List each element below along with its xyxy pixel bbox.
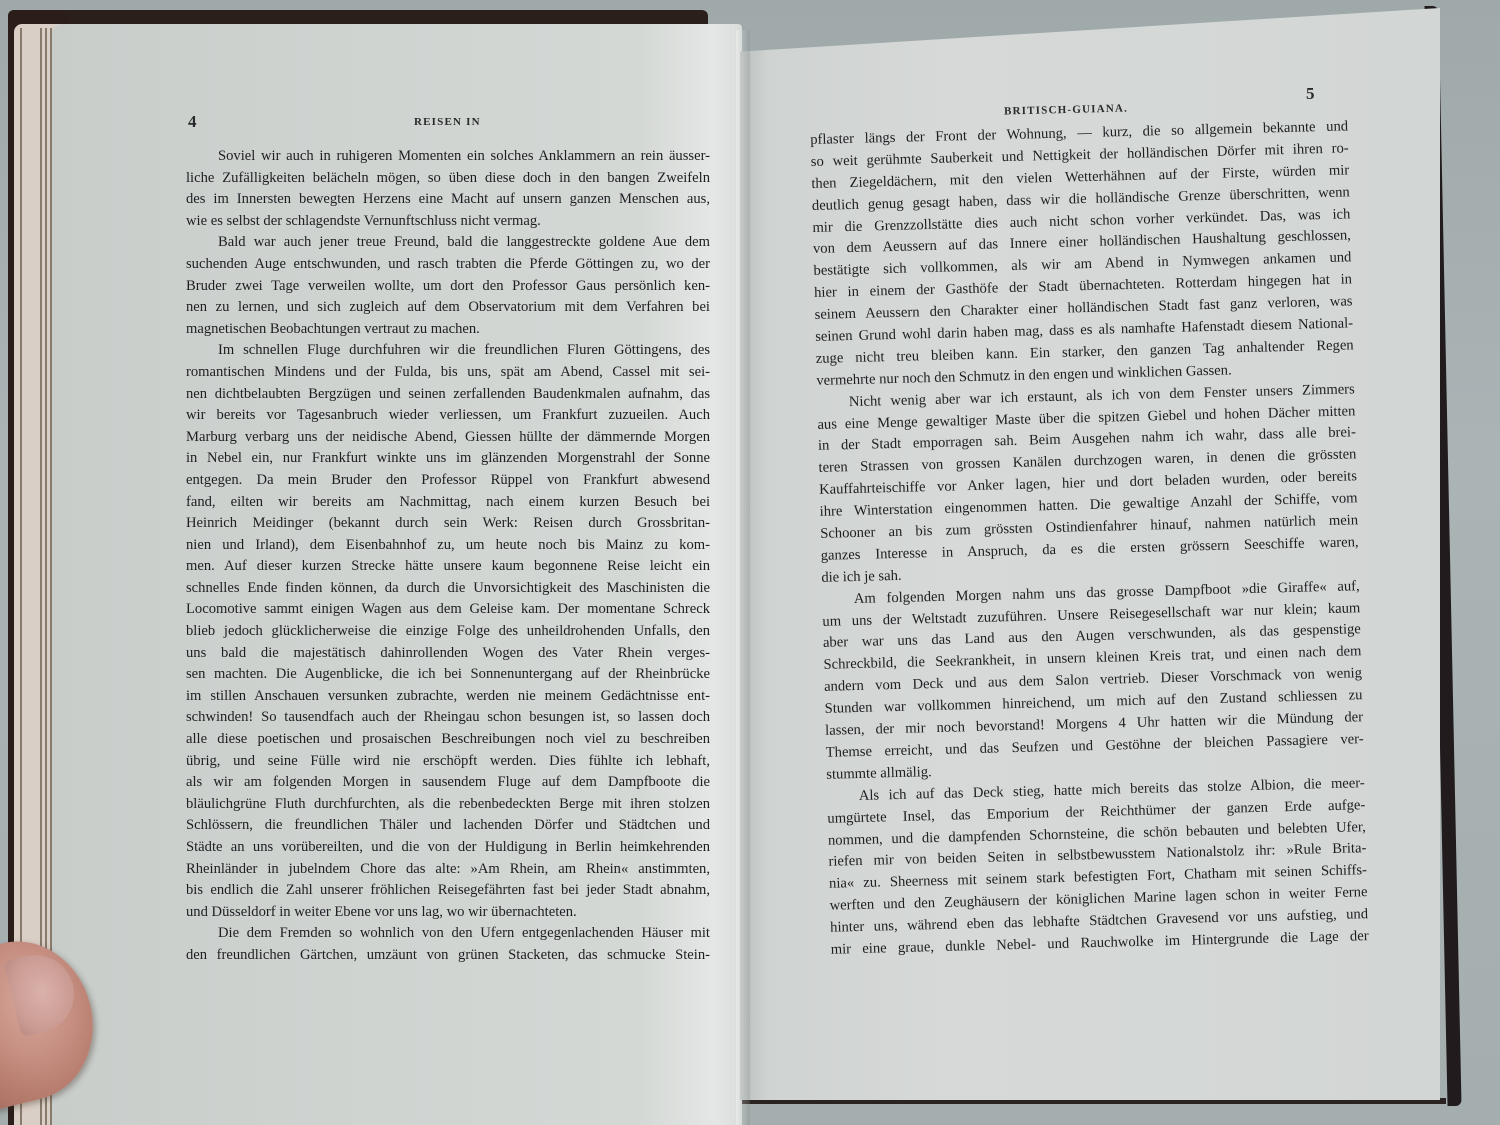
text-line: nien und Irland), dem Eisenbahnhof zu, u… — [186, 535, 710, 557]
text-line: Im schnellen Fluge durchfuhren wir die f… — [186, 340, 710, 362]
text-line: bläulichgrüne Fluth durchfurchten, als d… — [186, 794, 710, 816]
text-line: im stillen Anschauen versunken zubrachte… — [186, 686, 710, 708]
text-line: liche Zufälligkeiten belächeln mögen, so… — [186, 168, 710, 190]
text-line: wir bereits vor Tagesanbruch wieder verl… — [186, 405, 710, 427]
text-line: übrig, und seine Fülle wird nie erschöpf… — [186, 751, 710, 773]
text-line: Soviel wir auch in ruhigeren Momenten ei… — [186, 146, 710, 168]
left-page-body-text: Soviel wir auch in ruhigeren Momenten ei… — [186, 146, 710, 967]
text-line: Die dem Fremden so wohnlich von den Ufer… — [186, 923, 710, 945]
text-line: schnelles Ende finden können, da durch d… — [186, 578, 710, 600]
text-line: entgegen. Da mein Bruder den Professor R… — [186, 470, 710, 492]
book-gutter — [736, 30, 750, 1125]
text-line: Bruder zwei Tage verweilen wollte, um do… — [186, 276, 710, 298]
text-line: nen dichtbelaubten Bergzügen und seinen … — [186, 384, 710, 406]
right-page-number: 5 — [1306, 84, 1315, 104]
text-line: als wir am folgenden Morgen in sausendem… — [186, 772, 710, 794]
text-line: und Düsseldorf in weiter Ebene vor uns l… — [186, 902, 710, 924]
text-line: in Nebel ein, nur Frankfurt winkte uns i… — [186, 448, 710, 470]
text-line: den freundlichen Gärtchen, umzäunt von g… — [186, 945, 710, 967]
left-page-number: 4 — [188, 112, 197, 132]
text-line: Locomotive sammt einigen Wagen aus dem G… — [186, 599, 710, 621]
text-line: Marburg verbarg uns der neidische Abend,… — [186, 427, 710, 449]
text-line: schwinden! So tausendfach auch der Rhein… — [186, 707, 710, 729]
text-line: Rheinländer in jubelndem Chore das alte:… — [186, 859, 710, 881]
right-page-body-text: pflaster längs der Front der Wohnung, — … — [810, 116, 1369, 961]
text-line: suchenden Auge entschwunden, und rasch t… — [186, 254, 710, 276]
text-line: magnetischen Beobachtungen vertraut zu m… — [186, 319, 710, 341]
text-line: Bald war auch jener treue Freund, bald d… — [186, 232, 710, 254]
text-line: blieb jedoch glücklicherweise die einzig… — [186, 621, 710, 643]
left-running-head: REISEN IN — [414, 116, 481, 128]
text-line: men. Auf dieser kurzen Strecke hätte uns… — [186, 556, 710, 578]
text-line: wie es selbst der schlagendste Vernunfts… — [186, 211, 710, 233]
text-line: uns bald die majestätisch dahinrollenden… — [186, 643, 710, 665]
text-line: Heinrich Meidinger (bekannt durch sein W… — [186, 513, 710, 535]
text-line: fand, eilten wir bereits am Nachmittag, … — [186, 492, 710, 514]
text-line: nen zu lernen, und sich zugleich auf dem… — [186, 297, 710, 319]
text-line: des im Innersten bewegten Herzens eine M… — [186, 189, 710, 211]
text-line: alle diese poetischen und prosaischen Be… — [186, 729, 710, 751]
text-line: Städte an uns vorübereilten, und die von… — [186, 837, 710, 859]
text-line: bis endlich die Zahl unserer fröhlichen … — [186, 880, 710, 902]
text-line: sen machten. Die Augenblicke, die ich be… — [186, 664, 710, 686]
text-line: romantischen Mindens und der Fulda, bis … — [186, 362, 710, 384]
text-line: Schlössern, die freundlichen Thäler und … — [186, 815, 710, 837]
